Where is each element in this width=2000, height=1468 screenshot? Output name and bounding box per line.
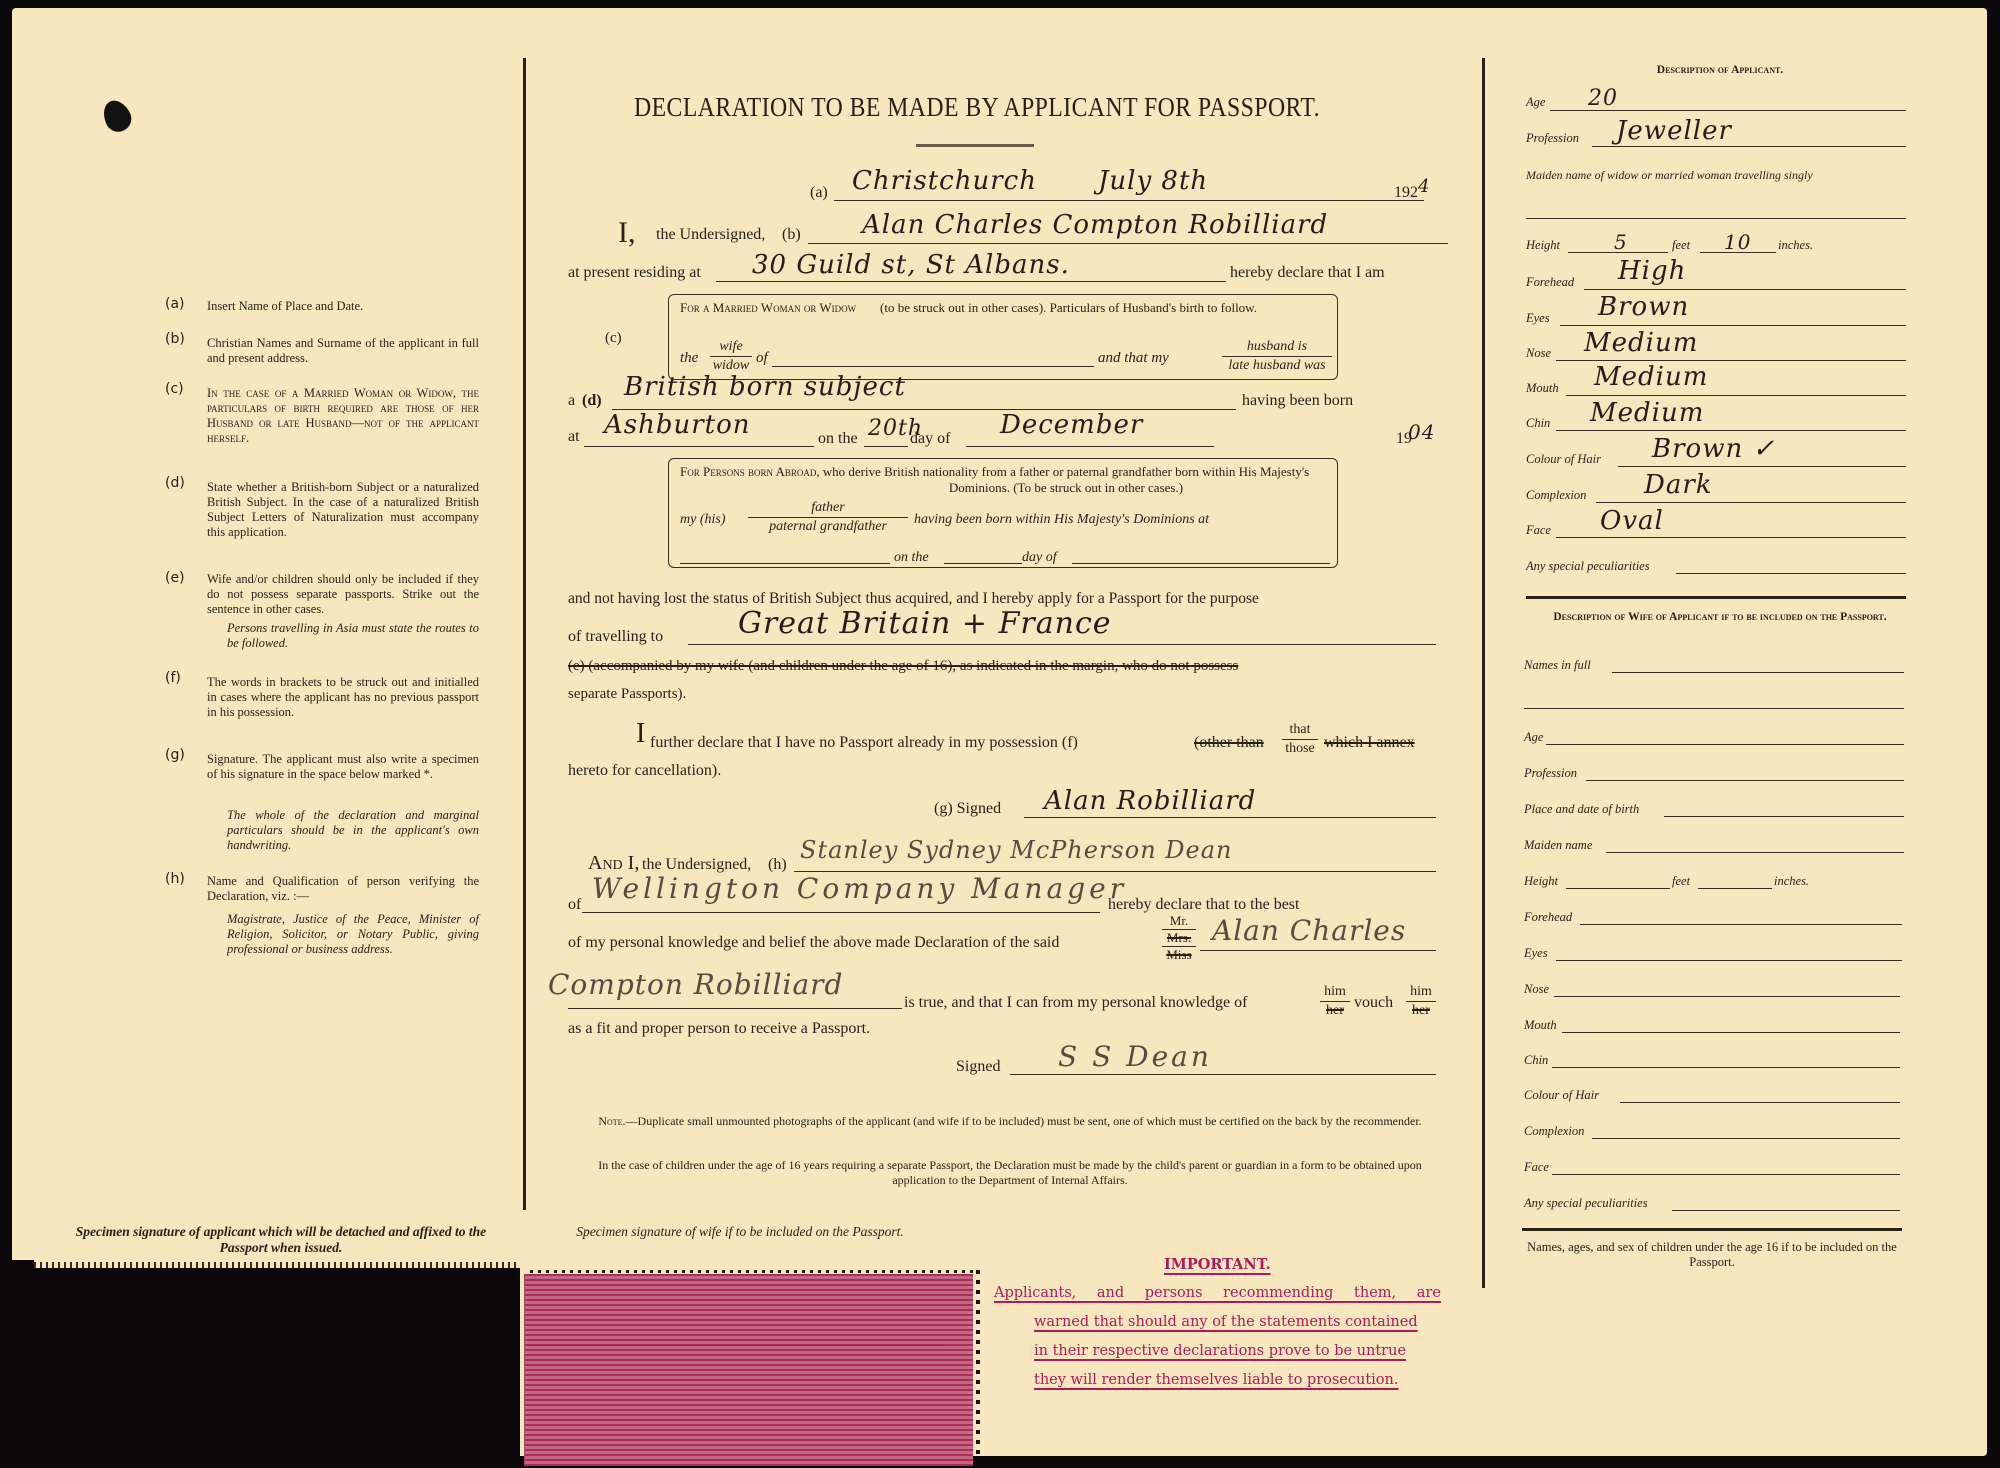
husband-fraction: husband islate husband was [1222,339,1332,374]
chin-line [1556,430,1906,431]
that-those-fraction: thatthose [1282,722,1318,757]
birth-month-field[interactable]: December [1000,410,1143,440]
margin-note-g: Signature. The applicant must also write… [207,752,479,782]
and-that-my-label: and that my [1098,350,1169,367]
wife-maiden-label: Maiden name [1524,838,1592,853]
birthplace-line [584,446,814,447]
eyes-field[interactable]: Brown [1598,292,1689,322]
wife-names-label: Names in full [1524,658,1591,673]
mouth-line [1566,395,1906,396]
abroad-month-line[interactable] [1072,563,1330,564]
frac-husband: husband is [1247,339,1307,354]
wife-widow-fraction: wifewidow [710,339,752,374]
title-rule [916,144,1034,147]
frac-grandfather: paternal grandfather [769,519,887,534]
year-printed: 192 [1394,184,1418,202]
wife-profession-line[interactable] [1586,780,1904,781]
marker-a: (a) [810,184,828,202]
frac-her-1: her [1326,1003,1344,1018]
note-text: —Duplicate small unmounted photographs o… [626,1114,1422,1128]
margin-marker-g: (g) [165,747,185,763]
wife-profession-label: Profession [1524,766,1577,781]
section-divider [1526,596,1906,599]
born-within-label: having been born within His Majesty's Do… [914,512,1209,528]
face-field[interactable]: Oval [1600,506,1664,536]
margin-marker-h: (h) [165,871,185,887]
the-label: the [680,350,698,367]
complexion-field[interactable]: Dark [1644,470,1713,500]
residence-field[interactable]: 30 Guild st, St Albans. [752,250,1070,280]
wife-maiden-line[interactable] [1606,852,1904,853]
hair-colour-line [1618,466,1906,467]
accompanied-clause-2: separate Passports). [568,686,686,703]
said-name-line-2 [568,1008,902,1009]
husband-name-line[interactable] [772,366,1094,367]
wife-forehead-label: Forehead [1524,910,1572,925]
important-heading: IMPORTANT. [1164,1256,1271,1273]
height-feet-field[interactable]: 5 [1614,230,1628,254]
right-column-divider [1482,58,1485,1288]
applicant-description-heading: Description of Applicant. [1520,64,1920,76]
frac-father: father [811,500,844,515]
chin-field[interactable]: Medium [1590,398,1704,428]
wife-nose-line[interactable] [1554,996,1900,997]
margin-note-c: In the case of a Married Woman or Widow,… [207,386,479,446]
profession-field[interactable]: Jeweller [1616,116,1732,146]
maiden-name-line[interactable] [1526,218,1906,219]
maiden-name-label: Maiden name of widow or married woman tr… [1526,168,1813,183]
marker-d: (d) [582,392,602,410]
stamp-perforation-right [976,1270,980,1460]
wife-hair-label: Colour of Hair [1524,1088,1599,1103]
frac-late-husband: late husband was [1228,358,1325,373]
birth-year-handwritten[interactable]: 04 [1408,420,1435,444]
margin-note-a: Insert Name of Place and Date. [207,299,479,314]
margin-note-e: Wife and/or children should only be incl… [207,572,479,617]
frac-wife: wife [719,339,742,354]
wife-names-line[interactable] [1612,672,1904,673]
day-of-label: day of [910,430,950,448]
wife-specimen-caption: Specimen signature of wife if to be incl… [540,1224,940,1240]
wife-feet-label: feet [1672,874,1690,889]
children-divider [1522,1228,1902,1231]
abroad-heading-rest: who derive British nationality from a fa… [806,464,1326,496]
wife-names-line-2[interactable] [1524,708,1904,709]
important-line-3: in their respective declarations prove t… [1034,1343,1406,1359]
feet-label: feet [1672,238,1690,253]
wife-complexion-line[interactable] [1592,1138,1900,1139]
profession-line [1592,146,1906,147]
verifier-signature-line [1010,1074,1436,1075]
height-inches-field[interactable]: 10 [1724,230,1751,254]
children-heading: Names, ages, and sex of children under t… [1522,1240,1902,1270]
children-note: In the case of children under the age of… [580,1158,1440,1188]
margin-note-b: Christian Names and Surname of the appli… [207,336,479,366]
wife-eyes-line[interactable] [1556,960,1902,961]
margin-note-g-italic: The whole of the declaration and margina… [227,808,479,853]
applicant-signed-label: (g) Signed [934,800,1001,818]
wife-face-label: Face [1524,1160,1549,1175]
wife-peculiarities-line[interactable] [1672,1210,1900,1211]
verifier-address-line [582,912,1100,913]
nose-label: Nose [1526,346,1551,361]
note-label: Note. [598,1114,625,1128]
title-fraction: Mr.Mrs.Miss [1162,914,1196,962]
having-been-born-label: having been born [1242,392,1353,410]
wife-face-line[interactable] [1552,1174,1900,1175]
further-text: further declare that I have no Passport … [650,734,1078,752]
important-line-2: warned that should any of the statements… [1034,1314,1418,1330]
wife-height-feet-line[interactable] [1566,888,1670,889]
margin-marker-e: (e) [165,570,185,586]
marker-b: (b) [782,226,801,244]
peculiarities-label: Any special peculiarities [1526,559,1650,574]
him-her-fraction-2: himher [1406,984,1436,1019]
on-the-label: on the [818,430,858,448]
undersigned-label: the Undersigned, [656,226,765,244]
perforation-line [34,1262,520,1268]
wife-age-label: Age [1524,730,1543,745]
marker-c: (c) [605,330,622,347]
wife-complexion-label: Complexion [1524,1124,1584,1139]
destination-line [688,644,1436,645]
wife-age-line[interactable] [1546,744,1904,745]
margin-note-f: The words in brackets to be struck out a… [207,675,479,720]
complexion-line [1596,502,1906,503]
abroad-heading: For Persons born Abroad, [680,464,820,480]
married-woman-heading-rest: (to be struck out in other cases). Parti… [880,300,1257,316]
left-column-divider [523,58,526,1210]
title-miss: Miss [1166,947,1191,962]
verifier-signature[interactable]: S S Dean [1058,1040,1212,1073]
inches-label: inches. [1778,238,1813,253]
nose-line [1556,360,1906,361]
mouth-label: Mouth [1526,381,1559,396]
margin-marker-c: (c) [165,381,184,397]
true-text: is true, and that I can from my personal… [904,994,1247,1012]
cancellation-text: hereto for cancellation). [568,762,721,780]
margin-note-d: State whether a British-born Subject or … [207,480,479,540]
verifier-belief-text: of my personal knowledge and belief the … [568,934,1059,952]
wife-birth-line[interactable] [1664,816,1904,817]
wife-nose-label: Nose [1524,982,1549,997]
nationality-prefix: a [568,392,575,410]
torn-edge [0,1260,34,1468]
wife-chin-label: Chin [1524,1053,1548,1068]
wife-specimen-signature-box[interactable] [524,1274,973,1466]
eyes-label: Eyes [1526,311,1550,326]
important-line-1: Applicants, and persons recommending the… [994,1285,1441,1301]
verifier-name-field[interactable]: Stanley Sydney McPherson Dean [800,836,1233,864]
stamp-perforation-top [530,1270,980,1273]
applicant-specimen-caption: Specimen signature of applicant which wi… [66,1224,496,1256]
eyes-line [1560,325,1906,326]
said-name-field-2[interactable]: Compton Robilliard [548,968,843,1001]
margin-marker-b: (b) [165,331,185,347]
wife-chin-line[interactable] [1552,1067,1900,1068]
face-line [1556,537,1906,538]
peculiarities-line[interactable] [1676,573,1906,574]
declare-label: hereby declare that I am [1230,264,1385,282]
my-his-label: my (his) [680,512,726,528]
said-name-line [1200,950,1436,951]
applicant-signature-line [1024,817,1436,818]
annex-struck: which I annex [1324,734,1415,752]
wife-mouth-label: Mouth [1524,1018,1557,1033]
further-dropcap: I [636,718,645,750]
wife-signature-line [528,1345,943,1346]
nationality-field[interactable]: British born subject [624,372,906,402]
verifier-signed-label: Signed [956,1058,1000,1076]
verifier-of-label: of [568,896,581,914]
margin-marker-d: (d) [165,475,185,491]
dropcap-i: I, [618,216,636,250]
birthmonth-line [966,446,1214,447]
frac-that: that [1290,722,1311,737]
page-title: DECLARATION TO BE MADE BY APPLICANT FOR … [634,92,1320,123]
wife-eyes-label: Eyes [1524,946,1548,961]
place-date-line [834,200,1424,201]
chin-label: Chin [1526,416,1550,431]
applicant-signature[interactable]: Alan Robilliard [1044,786,1256,816]
height-label: Height [1526,238,1560,253]
age-field[interactable]: 20 [1588,86,1618,111]
wife-height-inches-line[interactable] [1698,888,1772,889]
margin-note-e-italic: Persons travelling in Asia must state th… [227,621,479,651]
title-mr: Mr. [1170,913,1188,928]
margin-marker-a: (a) [165,296,185,312]
mouth-field[interactable]: Medium [1594,362,1708,392]
residing-label: at present residing at [568,264,701,282]
other-than-struck: (other than [1194,734,1264,752]
margin-note-h-italic: Magistrate, Justice of the Peace, Minist… [227,912,479,957]
accompanied-clause: (e) (accompanied by my wife (and childre… [568,658,1238,675]
vouch-label: vouch [1354,994,1393,1012]
wife-mouth-line[interactable] [1562,1032,1900,1033]
important-line-4: they will render themselves liable to pr… [1034,1372,1398,1388]
margin-marker-f: (f) [165,670,181,686]
photograph-note: Note.—Duplicate small unmounted photogra… [580,1114,1440,1129]
abroad-on-the-label: on the [894,550,929,566]
him-her-fraction-1: himher [1320,984,1350,1019]
wife-hair-line[interactable] [1620,1102,1900,1103]
verifier-address-field[interactable]: Wellington Company Manager [592,872,1127,905]
destination-field[interactable]: Great Britain + France [738,606,1112,641]
detached-specimen-area [0,1268,520,1468]
wife-description-heading: Description of Wife of Applicant if to b… [1520,610,1920,624]
wife-peculiarities-label: Any special peculiarities [1524,1196,1648,1211]
abroad-place-line[interactable] [680,563,890,564]
father-fraction: fatherpaternal grandfather [748,500,908,535]
married-woman-heading: For a Married Woman or Widow [680,300,856,316]
face-label: Face [1526,523,1551,538]
frac-him-1: him [1324,984,1346,999]
abroad-day-of-label: day of [1022,550,1057,566]
applicant-name-field[interactable]: Alan Charles Compton Robilliard [862,210,1328,240]
hair-colour-label: Colour of Hair [1526,452,1601,467]
frac-those: those [1285,741,1315,756]
wife-birth-label: Place and date of birth [1524,802,1639,817]
of-label: of [756,350,768,367]
nose-field[interactable]: Medium [1584,328,1698,358]
forehead-field[interactable]: High [1618,256,1686,286]
profession-label: Profession [1526,131,1579,146]
birth-at-label: at [568,428,580,446]
complexion-label: Complexion [1526,488,1586,503]
abroad-day-line[interactable] [944,563,1022,564]
date-field[interactable]: July 8th [1098,166,1208,196]
birthplace-field[interactable]: Ashburton [604,410,751,440]
fit-proper-text: as a fit and proper person to receive a … [568,1020,870,1038]
hair-colour-field[interactable]: Brown ✓ [1652,434,1775,464]
frac-her-2: her [1412,1003,1430,1018]
said-name-field-1[interactable]: Alan Charles [1212,914,1406,947]
margin-note-h: Name and Qualification of person verifyi… [207,874,479,904]
year-handwritten[interactable]: 4 [1418,176,1430,197]
birthday-line [864,446,908,447]
frac-widow: widow [713,358,750,373]
place-field[interactable]: Christchurch [852,166,1037,196]
forehead-line [1584,289,1906,290]
frac-him-2: him [1410,984,1432,999]
age-label: Age [1526,95,1545,110]
wife-height-label: Height [1524,874,1558,889]
wife-forehead-line[interactable] [1580,924,1902,925]
residence-line [716,281,1226,282]
wife-inches-label: inches. [1774,874,1809,889]
forehead-label: Forehead [1526,275,1574,290]
verifier-declare-label: hereby declare that to the best [1108,896,1299,914]
name-line [808,243,1448,244]
title-mrs: Mrs. [1167,930,1191,945]
travelling-label: of travelling to [568,628,663,646]
